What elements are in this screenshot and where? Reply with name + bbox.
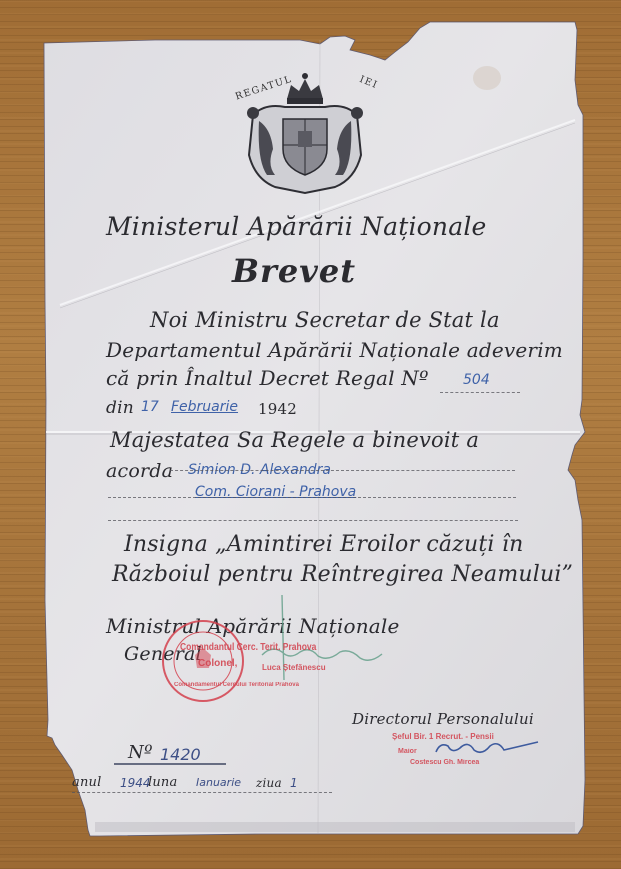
right-stamp-line-2: Maior — [398, 748, 417, 755]
document-title: Brevet — [232, 252, 356, 290]
award-line-2: Războiul pentru Reîntregirea Neamului” — [112, 562, 573, 587]
body-line-1: Noi Ministru Secretar de Stat la — [150, 308, 500, 332]
ministry-header: Ministerul Apărării Naționale — [106, 212, 487, 241]
award-line-1: Insigna „Amintirei Eroilor căzuți în — [124, 532, 523, 557]
recipient-locality-rule — [108, 497, 516, 498]
registration-year-prefix: anul — [72, 775, 101, 790]
body-line-3: că prin Înaltul Decret Regal Nº — [106, 366, 429, 390]
registration-number-rule — [114, 763, 226, 765]
right-stamp-line-3: Costescu Gh. Mircea — [410, 759, 479, 766]
body-line-2: Departamentul Apărării Naționale adeveri… — [106, 338, 563, 362]
certificate-paper: REGATUL IEI Ministerul Apărării Național… — [0, 0, 621, 869]
decree-day: 17 — [141, 399, 159, 415]
registration-number-prefix: Nº — [128, 742, 153, 763]
decree-number-rule — [440, 392, 520, 393]
blank-rule — [108, 520, 518, 521]
registration-day: 1 — [290, 776, 298, 790]
right-stamp-line-1: Șeful Bir. 1 Recrut. - Pensii — [392, 732, 494, 741]
round-stamp-text: Comandamentul Cercului Teritorial Prahov… — [174, 682, 299, 688]
left-signatory-title: Ministrul Apărării Naționale — [106, 614, 400, 638]
registration-month-prefix: luna — [148, 775, 177, 790]
registration-date-rule — [72, 792, 332, 793]
decree-number: 504 — [463, 372, 490, 388]
recipient-name-rule — [170, 470, 515, 471]
award-prefix: acorda — [106, 460, 173, 482]
decree-year: 1942 — [258, 400, 297, 418]
registration-number: 1420 — [160, 745, 201, 764]
left-stamp-line-1: Comandantul Cerc. Terit. Prahova — [180, 642, 316, 653]
registration-year: 1944 — [120, 776, 151, 790]
registration-month: Ianuarie — [196, 776, 241, 789]
date-prefix: din — [106, 398, 134, 418]
decree-month: Februarie — [171, 399, 238, 415]
left-stamp-line-2: Colonel, — [198, 658, 237, 669]
right-signatory-title: Directorul Personalului — [352, 710, 534, 728]
registration-day-prefix: ziua — [256, 776, 282, 790]
body-line-5: Majestatea Sa Regele a binevoit a — [110, 428, 479, 452]
left-stamp-line-3: Luca Ștefănescu — [262, 663, 326, 672]
